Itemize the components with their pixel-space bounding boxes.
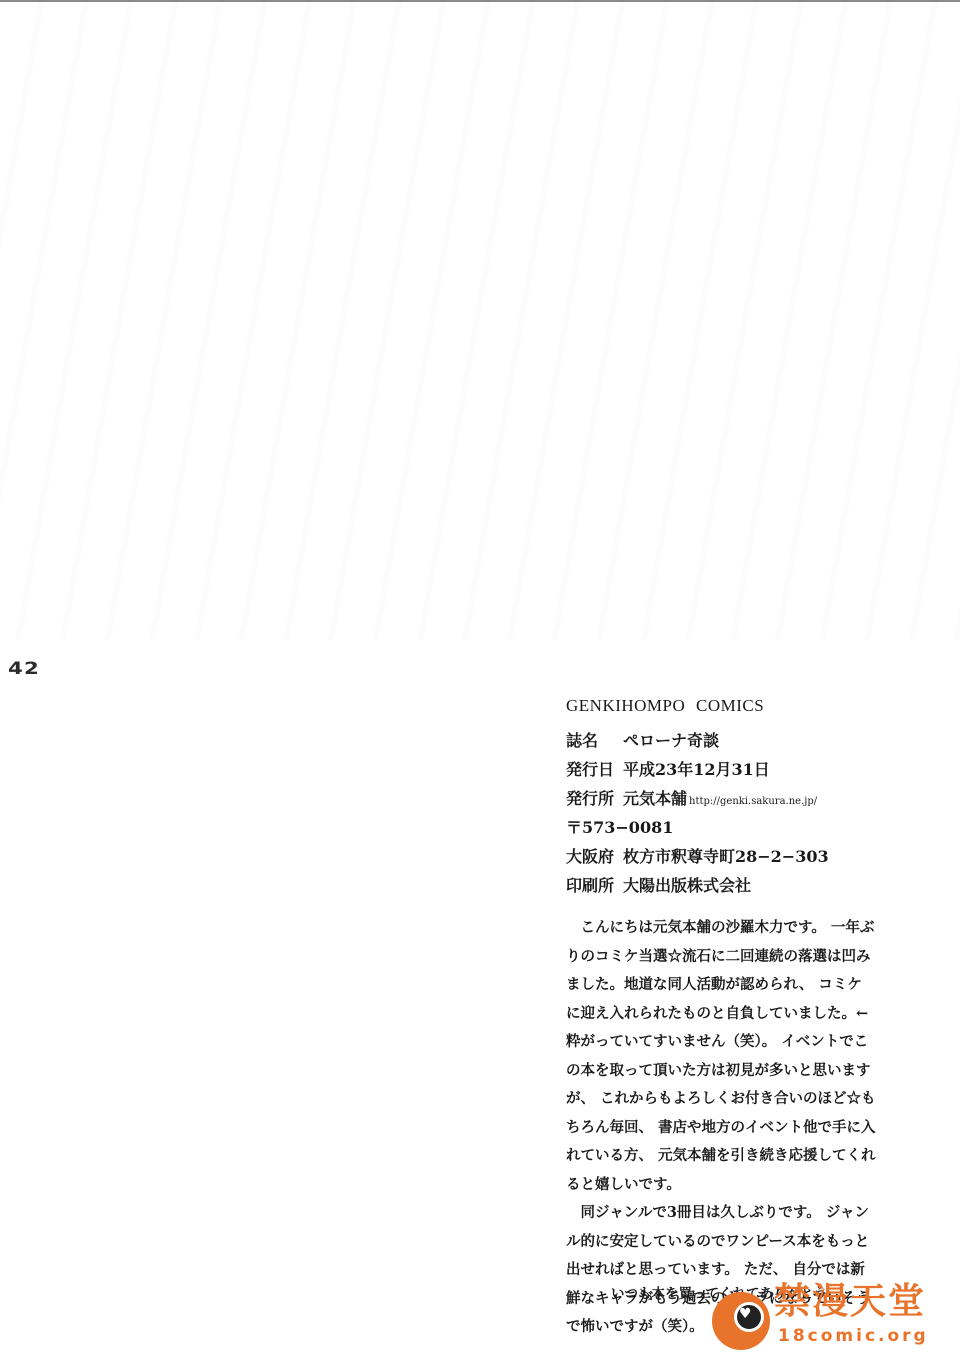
row-label: 発行日 [566, 757, 623, 780]
afterword-paragraph: こんにちは元気本舗の沙羅木力です。 一年ぶりのコミケ当選☆流石に二回連続の落選は… [566, 914, 876, 1199]
colophon-row-postal: 〒573−0081 [566, 815, 926, 844]
row-value: 大陽出版株式会社 [623, 873, 751, 896]
row-value: 〒573−0081 [566, 815, 673, 838]
colophon-row-date: 発行日 平成23年12月31日 [566, 757, 926, 786]
bleed-through-area [0, 0, 960, 640]
row-value: ペローナ奇談 [623, 728, 719, 751]
watermark-title: 禁漫天堂 [774, 1282, 926, 1322]
row-label: 誌名 [566, 728, 623, 751]
afterword: こんにちは元気本舗の沙羅木力です。 一年ぶりのコミケ当選☆流石に二回連続の落選は… [566, 914, 876, 1342]
watermark-subtitle: 18comic.org [778, 1326, 929, 1346]
row-value: 平成23年12月31日 [623, 757, 770, 780]
row-label: 印刷所 [566, 873, 623, 896]
colophon-row-printer: 印刷所 大陽出版株式会社 [566, 873, 926, 902]
watermark-logo: ♥ 禁漫天堂 18comic.org [712, 1280, 952, 1352]
colophon-row-title: 誌名 ペローナ奇談 [566, 728, 926, 757]
row-label: 大阪府 [566, 844, 623, 867]
row-value: 枚方市釈尊寺町28−2−303 [623, 844, 829, 867]
publisher-url: http://genki.sakura.ne.jp/ [689, 796, 817, 807]
colophon-row-address: 大阪府 枚方市釈尊寺町28−2−303 [566, 844, 926, 873]
colophon-row-publisher: 発行所 元気本舗 http://genki.sakura.ne.jp/ [566, 786, 926, 815]
page-number: 42 [8, 659, 40, 679]
heart-icon: ♥ [739, 1307, 752, 1321]
publisher-brand: GENKIHOMPO COMICS [566, 696, 926, 716]
row-value: 元気本舗 [623, 786, 687, 809]
row-label: 発行所 [566, 786, 623, 809]
colophon: GENKIHOMPO COMICS 誌名 ペローナ奇談 発行日 平成23年12月… [566, 696, 926, 902]
